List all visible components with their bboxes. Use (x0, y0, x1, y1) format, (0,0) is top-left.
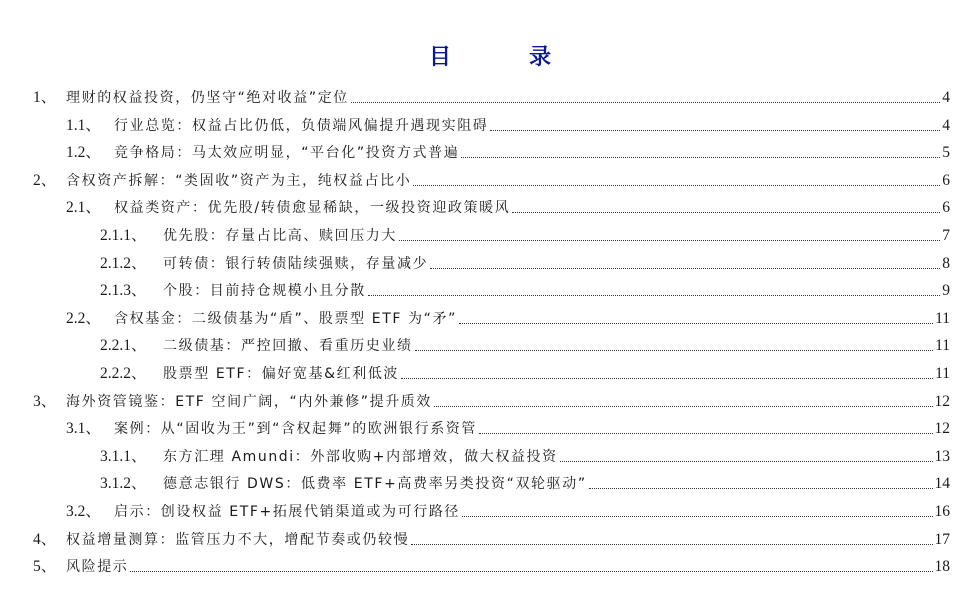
dot-leader (479, 432, 932, 434)
toc-text: 二级债基：严控回撤、看重历史业绩 (163, 335, 413, 357)
dot-leader (399, 239, 940, 241)
toc-number: 4、 (33, 529, 66, 551)
dot-leader (413, 184, 940, 186)
toc-entry[interactable]: 2、 含权资产拆解：“类固收”资产为主，纯权益占比小 6 (33, 170, 950, 192)
toc-entry[interactable]: 2.2.1、 二级债基：严控回撤、看重历史业绩 11 (100, 335, 950, 357)
toc-text: 启示：创设权益 ETF+拓展代销渠道或为可行路径 (114, 501, 460, 523)
toc-text: 东方汇理 Amundi：外部收购+内部增效，做大权益投资 (163, 446, 558, 468)
dot-leader (459, 322, 933, 324)
toc-number: 3.2、 (66, 501, 114, 523)
toc-number: 2.2、 (66, 308, 114, 330)
toc-number: 1.1、 (66, 115, 114, 137)
toc-page-number: 5 (942, 142, 950, 164)
toc-text: 行业总览：权益占比仍低，负债端风偏提升遇现实阻碍 (114, 115, 488, 137)
toc-number: 5、 (33, 556, 66, 578)
toc-number: 3.1、 (66, 418, 114, 440)
dot-leader (368, 294, 940, 296)
toc-number: 2.1.2、 (100, 253, 163, 275)
dot-leader (560, 460, 933, 462)
toc-page-number: 11 (935, 363, 950, 385)
toc-title: 目 录 (0, 40, 980, 71)
toc-entry[interactable]: 2.1.1、 优先股：存量占比高、赎回压力大 7 (100, 225, 950, 247)
toc-text: 个股：目前持仓规模小且分散 (163, 280, 366, 302)
toc-page-number: 6 (942, 197, 950, 219)
dot-leader (434, 405, 932, 407)
toc-text: 理财的权益投资，仍坚守“绝对收益”定位 (66, 87, 349, 109)
toc-page-number: 6 (942, 170, 950, 192)
dot-leader (411, 543, 932, 545)
toc-number: 1.2、 (66, 142, 114, 164)
toc-entry[interactable]: 1、 理财的权益投资，仍坚守“绝对收益”定位 4 (33, 87, 950, 109)
toc-entry[interactable]: 3.1.1、 东方汇理 Amundi：外部收购+内部增效，做大权益投资 13 (100, 446, 950, 468)
toc-entry[interactable]: 1.1、 行业总览：权益占比仍低，负债端风偏提升遇现实阻碍 4 (66, 115, 950, 137)
toc-page-number: 4 (942, 87, 950, 109)
toc-number: 3.1.2、 (100, 473, 163, 495)
toc-page-number: 11 (935, 335, 950, 357)
toc-text: 可转债：银行转债陆续强赎，存量减少 (163, 253, 428, 275)
toc-page-number: 11 (935, 308, 950, 330)
toc-number: 2.2.1、 (100, 335, 163, 357)
toc-page-number: 8 (942, 253, 950, 275)
toc-text: 权益增量测算：监管压力不大，增配节奏或仍较慢 (66, 529, 409, 551)
toc-entry[interactable]: 3.1、 案例：从“固收为王”到“含权起舞”的欧洲银行系资管 12 (66, 418, 950, 440)
toc-entry[interactable]: 2.2、 含权基金：二级债基为“盾”、股票型 ETF 为“矛” 11 (66, 308, 950, 330)
toc-entry[interactable]: 2.2.2、 股票型 ETF：偏好宽基&红利低波 11 (100, 363, 950, 385)
toc-text: 竞争格局：马太效应明显，“平台化”投资方式普遍 (114, 142, 459, 164)
toc-page-number: 17 (935, 529, 951, 551)
dot-leader (430, 267, 940, 269)
toc-text: 含权基金：二级债基为“盾”、股票型 ETF 为“矛” (114, 308, 457, 330)
toc-entry[interactable]: 3、 海外资管镜鉴：ETF 空间广阔，“内外兼修”提升质效 12 (33, 391, 950, 413)
dot-leader (461, 156, 940, 158)
dot-leader (490, 129, 940, 131)
dot-leader (415, 349, 933, 351)
toc-page-number: 12 (935, 418, 951, 440)
toc-page-number: 16 (935, 501, 951, 523)
dot-leader (130, 570, 932, 572)
dot-leader (589, 487, 933, 489)
toc-entry[interactable]: 4、 权益增量测算：监管压力不大，增配节奏或仍较慢 17 (33, 529, 950, 551)
dot-leader (401, 377, 933, 379)
toc-entry[interactable]: 3.2、 启示：创设权益 ETF+拓展代销渠道或为可行路径 16 (66, 501, 950, 523)
toc-text: 含权资产拆解：“类固收”资产为主，纯权益占比小 (66, 170, 411, 192)
toc-number: 2.1、 (66, 197, 114, 219)
toc-entry[interactable]: 2.1、 权益类资产：优先股/转债愈显稀缺，一级投资迎政策暖风 6 (66, 197, 950, 219)
toc-entry[interactable]: 3.1.2、 德意志银行 DWS：低费率 ETF+高费率另类投资“双轮驱动” 1… (100, 473, 950, 495)
toc-number: 3、 (33, 391, 66, 413)
toc-number: 2、 (33, 170, 66, 192)
toc-entry[interactable]: 2.1.2、 可转债：银行转债陆续强赎，存量减少 8 (100, 253, 950, 275)
toc-page-number: 18 (935, 556, 951, 578)
toc-text: 德意志银行 DWS：低费率 ETF+高费率另类投资“双轮驱动” (163, 473, 587, 495)
toc-number: 2.1.3、 (100, 280, 163, 302)
toc-page-number: 7 (942, 225, 950, 247)
dot-leader (512, 211, 940, 213)
toc-text: 权益类资产：优先股/转债愈显稀缺，一级投资迎政策暖风 (114, 197, 510, 219)
toc-entry[interactable]: 1.2、 竞争格局：马太效应明显，“平台化”投资方式普遍 5 (66, 142, 950, 164)
toc-number: 2.2.2、 (100, 363, 163, 385)
toc-text: 风险提示 (66, 556, 128, 578)
toc-text: 股票型 ETF：偏好宽基&红利低波 (163, 363, 399, 385)
toc-text: 海外资管镜鉴：ETF 空间广阔，“内外兼修”提升质效 (66, 391, 432, 413)
toc-number: 2.1.1、 (100, 225, 163, 247)
toc-number: 1、 (33, 87, 66, 109)
toc-text: 案例：从“固收为王”到“含权起舞”的欧洲银行系资管 (114, 418, 477, 440)
toc-page-number: 4 (942, 115, 950, 137)
toc-page-number: 13 (935, 446, 951, 468)
toc-page-number: 14 (935, 473, 951, 495)
toc-number: 3.1.1、 (100, 446, 163, 468)
toc-page-number: 12 (935, 391, 951, 413)
dot-leader (351, 101, 940, 103)
toc-entry[interactable]: 2.1.3、 个股：目前持仓规模小且分散 9 (100, 280, 950, 302)
dot-leader (462, 515, 932, 517)
toc-entry[interactable]: 5、 风险提示 18 (33, 556, 950, 578)
toc-page-number: 9 (942, 280, 950, 302)
toc-text: 优先股：存量占比高、赎回压力大 (163, 225, 397, 247)
